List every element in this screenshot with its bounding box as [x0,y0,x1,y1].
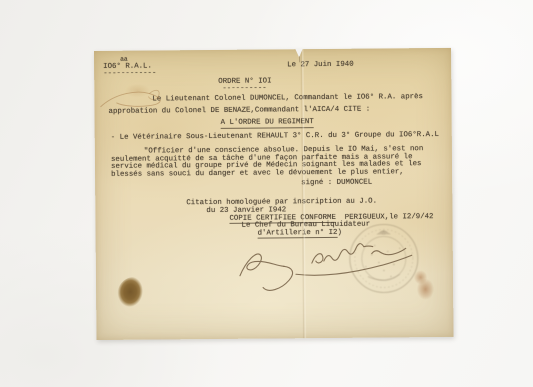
citation-subject: - Le Vétérinaire Sous-Lieutenant REHAULT… [111,131,439,142]
document-paper: aa IO6° R.A.L. ------------ Le 27 Juin I… [94,48,454,340]
official-title-2-text: d'Artillerie n° I2 [258,228,338,238]
date-line: Le 27 Juin I940 [287,61,354,70]
unit-underline: ------------ [103,69,156,77]
intro-line-2: approbation du Colonel DE BENAZE,Command… [108,106,370,116]
official-title-2-tail: ) [337,228,342,236]
fold-crease [300,49,307,338]
handwritten-signature [226,234,427,298]
dark-stain-bottom-left [115,275,148,316]
intro-line-1: Le Lieutenant Colonel DUMONCEL, Commanda… [152,93,423,103]
order-heading: A L'ORDRE DU REGIMENT [221,118,314,127]
order-heading-text: A L'ORDRE DU REGIMENT [221,118,314,128]
title-underline: ---------- [222,84,266,92]
signed-line: signé : DUMONCEL [301,179,372,188]
official-round-stamp [343,218,424,299]
rust-stain-bottom-right [411,267,435,301]
photographed-document: aa IO6° R.A.L. ------------ Le 27 Juin I… [0,0,533,387]
citation-body-4: blessés sans souci du danger et avec le … [111,168,404,179]
faint-stain-top-left [122,82,152,98]
official-title-2: d'Artillerie n° I2) [258,228,342,237]
paper-tear-line [299,56,300,62]
